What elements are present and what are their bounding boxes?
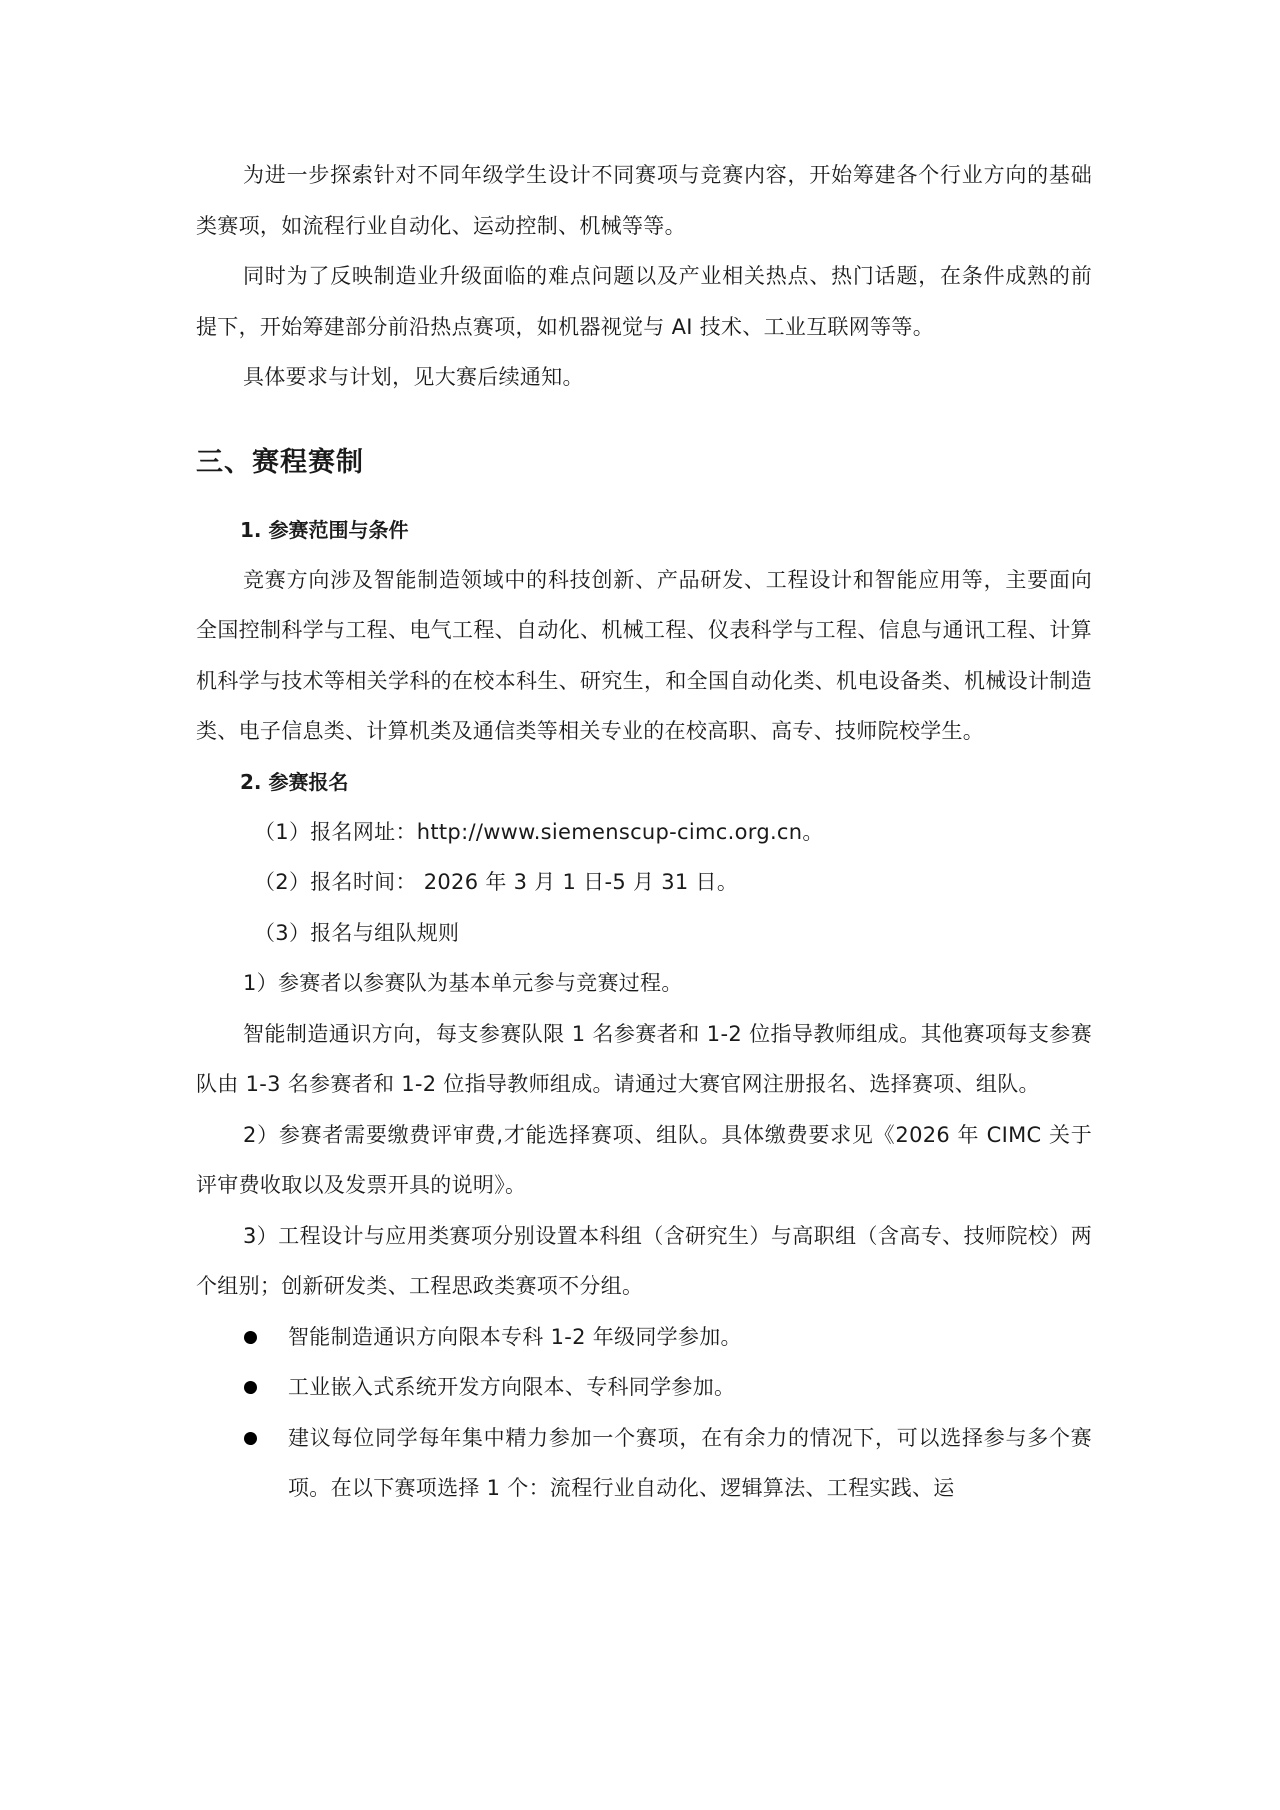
bullet-dot-icon — [244, 1432, 257, 1445]
intro-paragraph-1: 为进一步探索针对不同年级学生设计不同赛项与竞赛内容，开始筹建各个行业方向的基础类… — [196, 150, 1092, 251]
intro-paragraph-3: 具体要求与计划，见大赛后续通知。 — [196, 352, 1092, 403]
bullet-item: 建议每位同学每年集中精力参加一个赛项，在有余力的情况下，可以选择参与多个赛项。在… — [196, 1413, 1092, 1514]
bullet-text: 智能制造通识方向限本专科 1-2 年级同学参加。 — [288, 1325, 742, 1349]
document-page: 为进一步探索针对不同年级学生设计不同赛项与竞赛内容，开始筹建各个行业方向的基础类… — [196, 150, 1092, 1514]
scope-paragraph: 竞赛方向涉及智能制造领域中的科技创新、产品研发、工程设计和智能应用等，主要面向全… — [196, 555, 1092, 757]
bullet-list: 智能制造通识方向限本专科 1-2 年级同学参加。 工业嵌入式系统开发方向限本、专… — [196, 1312, 1092, 1514]
subsection-heading-scope: 1. 参赛范围与条件 — [196, 505, 1092, 555]
rule-2: 2）参赛者需要缴费评审费,才能选择赛项、组队。具体缴费要求见《2026 年 CI… — [196, 1110, 1092, 1211]
registration-item-time: （2）报名时间： 2026 年 3 月 1 日-5 月 31 日。 — [196, 857, 1092, 908]
section-heading-schedule: 三、赛程赛制 — [196, 443, 1092, 483]
subsection-heading-registration: 2. 参赛报名 — [196, 757, 1092, 807]
registration-item-rules: （3）报名与组队规则 — [196, 908, 1092, 959]
bullet-item: 智能制造通识方向限本专科 1-2 年级同学参加。 — [196, 1312, 1092, 1363]
bullet-dot-icon — [244, 1331, 257, 1344]
registration-item-url: （1）报名网址：http://www.siemenscup-cimc.org.c… — [196, 807, 1092, 858]
intro-paragraph-2: 同时为了反映制造业升级面临的难点问题以及产业相关热点、热门话题，在条件成熟的前提… — [196, 251, 1092, 352]
rule-1: 1）参赛者以参赛队为基本单元参与竞赛过程。 — [196, 958, 1092, 1009]
rule-3: 3）工程设计与应用类赛项分别设置本科组（含研究生）与高职组（含高专、技师院校）两… — [196, 1211, 1092, 1312]
bullet-text: 工业嵌入式系统开发方向限本、专科同学参加。 — [288, 1375, 735, 1399]
bullet-item: 工业嵌入式系统开发方向限本、专科同学参加。 — [196, 1362, 1092, 1413]
rule-1-detail: 智能制造通识方向，每支参赛队限 1 名参赛者和 1-2 位指导教师组成。其他赛项… — [196, 1009, 1092, 1110]
bullet-text: 建议每位同学每年集中精力参加一个赛项，在有余力的情况下，可以选择参与多个赛项。在… — [288, 1426, 1092, 1501]
bullet-dot-icon — [244, 1381, 257, 1394]
